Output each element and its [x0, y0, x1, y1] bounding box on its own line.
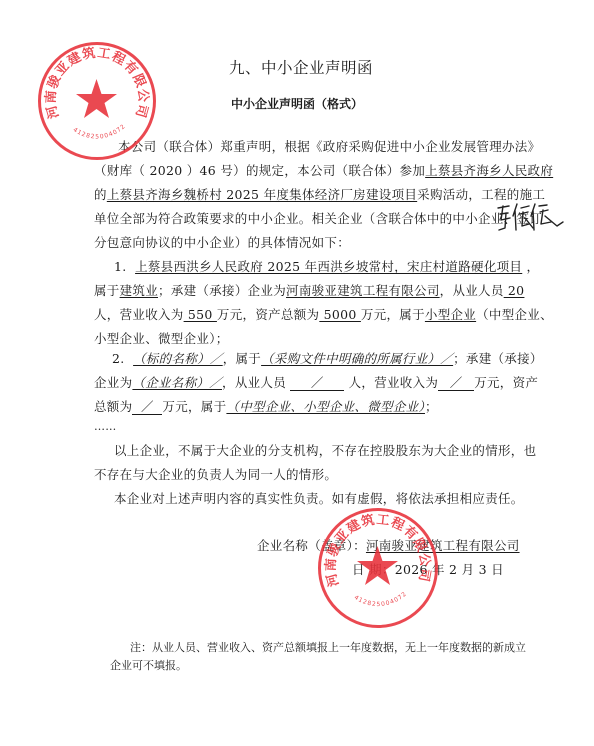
item1-employees: 20 [504, 283, 525, 298]
punctuation: ， [527, 259, 540, 274]
item-text: 属于 [94, 283, 120, 298]
intro-text: 单位全部为符合政策要求的中小企业。相关企业（含联合体中的中小企业、签订 [94, 211, 542, 226]
item-number: 1. [114, 259, 127, 274]
statement-line-2: 不存在与大企业的负责人为同一人的情形。 [94, 467, 337, 483]
item-text: 万元，属于 [361, 307, 425, 322]
item-text: 企业为 [94, 375, 132, 390]
item-text: 万元，资产总额为 [217, 307, 319, 322]
statement-line-1: 以上企业，不属于大企业的分支机构，不存在控股股东为大企业的情形，也 [114, 443, 536, 459]
intro-text: 的 [94, 187, 107, 202]
intro-text: 分包意向协议的中小企业）的具体情况如下： [94, 235, 350, 250]
item-text: ；承建（承接）企业为 [158, 283, 286, 298]
seal-icon: 河南骏亚建筑工程有限公司 4128250040727 [321, 511, 434, 624]
item2-line-3: 总额为／万元，属于（中型企业、小型企业、微型企业）； [94, 399, 438, 415]
purchaser-name: 上蔡县齐海乡人民政府 [425, 163, 553, 178]
item2-company: （企业名称）／ [132, 375, 222, 390]
item2-project: （标的名称）／ [133, 351, 223, 366]
handwritten-signature [495, 200, 565, 236]
item2-size: （中型企业、小型企业、微型企业） [226, 399, 425, 414]
item1-revenue: 550 [184, 307, 217, 322]
intro-line-4: 单位全部为符合政策要求的中小企业。相关企业（含联合体中的中小企业、签订 [94, 211, 542, 227]
seal-icon: 河南骏亚建筑工程有限公司 4128250040727 [41, 45, 152, 156]
item1-project: 上蔡县西洪乡人民政府 2025 年西洪乡坡常村，宋庄村道路硬化项目 [135, 259, 522, 274]
item-text: 总额为 [94, 399, 132, 414]
note-line-1: 注：从业人员、营业收入、资产总额填报上一年度数据，无上一年度数据的新成立 [130, 641, 526, 655]
item2-industry: （采购文件中明确的所属行业）／ [261, 351, 453, 366]
item-text: 万元，资产 [474, 375, 538, 390]
item-text: ； [425, 399, 438, 414]
company-seal-bottom: 河南骏亚建筑工程有限公司 4128250040727 [318, 508, 438, 628]
item-text: 小型企业、微型企业）； [94, 331, 229, 346]
intro-line-1: 本公司（联合体）郑重声明，根据《政府采购促进中小企业发展管理办法》 [118, 139, 540, 155]
item1-line-4: 小型企业、微型企业）； [94, 331, 229, 347]
item1-line-3: 人，营业收入为 550 万元，资产总额为 5000 万元，属于小型企业（中型企业… [94, 307, 553, 323]
item1-line-1: 1. 上蔡县西洪乡人民政府 2025 年西洪乡坡常村，宋庄村道路硬化项目 ， [114, 259, 539, 275]
intro-line-2: （财库（ 2020 ）46 号）的规定，本公司（联合体）参加上蔡县齐海乡人民政府 [94, 163, 553, 179]
statement-line-3: 本企业对上述声明内容的真实性负责。如有虚假，将依法承担相应责任。 [114, 491, 524, 507]
intro-line-5: 分包意向协议的中小企业）的具体情况如下： [94, 235, 350, 251]
document-page: 九、中小企业声明函 中小企业声明函（格式） 本公司（联合体）郑重声明，根据《政府… [0, 0, 594, 746]
note-line-2: 企业可不填报。 [110, 659, 187, 673]
item-text: 人，营业收入为 [94, 307, 184, 322]
item-text: ；承建（承接） [453, 351, 543, 366]
intro-line-3: 的上蔡县齐海乡魏桥村 2025 年度集体经济厂房建设项目采购活动，工程的施工 [94, 187, 545, 203]
document-subtitle: 中小企业声明函（格式） [231, 95, 363, 112]
item2-assets: ／ [132, 400, 162, 415]
item1-company: 河南骏亚建筑工程有限公司 [286, 283, 440, 298]
item2-line-1: 2. （标的名称）／，属于（采购文件中明确的所属行业）／；承建（承接） [112, 351, 543, 367]
item-text: ，从业人员 [440, 283, 504, 298]
intro-text: （财库（ 2020 ）46 号）的规定，本公司（联合体）参加 [94, 163, 425, 178]
item-text: ，从业人员 [222, 375, 286, 390]
item-number: 2. [112, 351, 125, 366]
item1-line-2: 属于建筑业；承建（承接）企业为河南骏亚建筑工程有限公司，从业人员 20 [94, 283, 524, 299]
ellipsis: …… [94, 419, 117, 435]
section-title: 九、中小企业声明函 [229, 56, 373, 78]
item2-line-2: 企业为（企业名称）／，从业人员 ／ 人，营业收入为／万元，资产 [94, 375, 538, 391]
project-name: 上蔡县齐海乡魏桥村 2025 年度集体经济厂房建设项目 [107, 187, 417, 202]
item2-employees: ／ [290, 376, 344, 391]
item-text: ，属于 [223, 351, 261, 366]
item1-industry: 建筑业 [120, 283, 158, 298]
item-text: 万元，属于 [162, 399, 226, 414]
item-text: （中型企业、 [476, 307, 553, 322]
company-seal-top: 河南骏亚建筑工程有限公司 4128250040727 [38, 42, 156, 160]
intro-text: 本公司（联合体）郑重声明，根据《政府采购促进中小企业发展管理办法》 [118, 139, 540, 154]
item1-size: 小型企业 [425, 307, 476, 322]
item-text: 人，营业收入为 [349, 375, 439, 390]
item2-revenue: ／ [438, 376, 474, 391]
item1-assets: 5000 [319, 307, 361, 322]
